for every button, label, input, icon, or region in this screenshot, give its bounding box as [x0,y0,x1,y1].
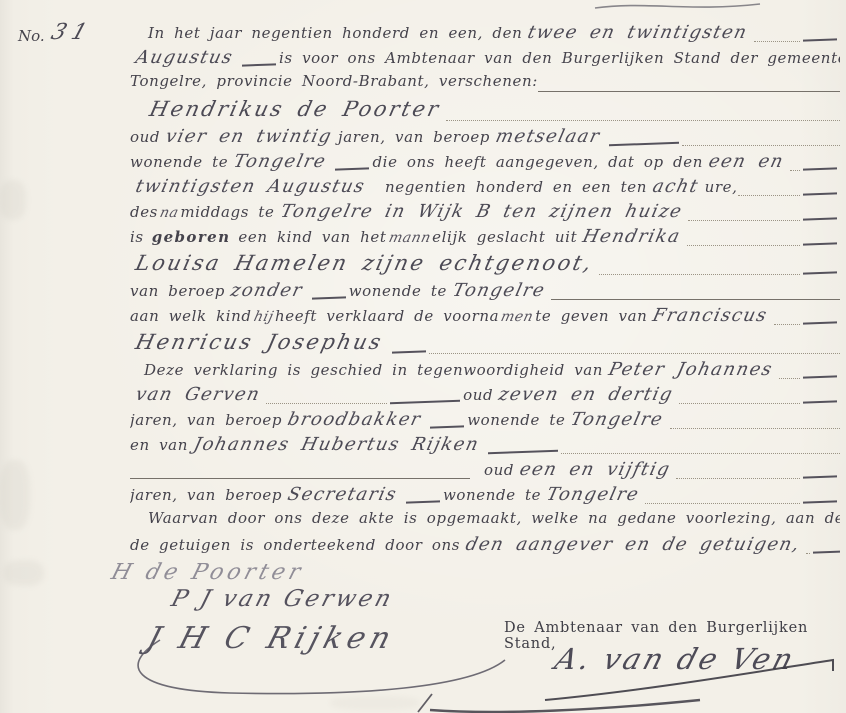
handwritten-witness2-age: een en vijftig [512,459,679,480]
handwritten-pronoun: hij [250,309,277,325]
printed-text: negentien honderd en een ten [385,178,647,196]
handwritten-mother-name: Louisa Hamelen zijne echtgenoot, [130,251,602,275]
printed-text: oud [484,461,514,479]
handwritten-witness1-age: zeven en dertig [491,384,682,405]
printed-text: middags te [180,203,274,221]
handwritten-witness1-residence: Tongelre [563,409,672,430]
handwritten-name-suffix: men [497,309,537,325]
handwritten-closing: den aangever en de getuigen, [458,534,809,555]
act-line: de getuigen is onderteekend door ons den… [130,534,840,559]
printed-text: jaren, van beroep [130,411,282,429]
handwritten-daypart: na [156,205,182,221]
printed-text: aan welk kind [130,307,252,325]
printed-text: In het jaar negentien honderd en een, de… [148,24,522,42]
act-line: van Gerven oud zeven en dertig [130,384,840,409]
printed-text: die ons heeft aangegeven, dat op den [372,153,703,171]
act-line: In het jaar negentien honderd en een, de… [130,22,840,47]
printed-text: jaren, van beroep [130,486,282,504]
printed-text: oud [463,386,493,404]
act-line: Henricus Josephus [130,330,840,359]
handwritten-gender: mann [385,230,434,246]
printed-text: wonende te [130,153,228,171]
handwritten-birth-day: een en [701,151,793,172]
printed-text: Deze verklaring is geschied in tegenwoor… [144,361,603,379]
printed-text: Waarvan door ons deze akte is opgemaakt,… [148,509,840,527]
signature-witness1: P J van Gerwen [168,586,397,612]
handwritten-witness2-residence: Tongelre [539,484,648,505]
act-line: des na middags te Tongelre in Wijk B ten… [130,201,840,226]
handwritten-mother-firstname: Hendrika [575,226,689,247]
act-line: twintigsten Augustus negentien honderd e… [130,176,840,201]
handwritten-witness2-name: Johannes Hubertus Rijken [186,434,488,455]
act-line: Louisa Hamelen zijne echtgenoot, [130,251,840,280]
act-line: van beroep zonder wonende te Tongelre [130,280,840,305]
certificate-number-label: No. [18,27,45,45]
printed-text: elijk geslacht uit [432,228,577,246]
printed-text: te geven van [535,307,647,325]
handwritten-witness1-firstname: Peter Johannes [601,359,781,380]
handwritten-child-firstname: Franciscus [645,305,776,326]
handwritten-occupation: metselaar [488,126,609,147]
printed-text: is voor ons Ambtenaar van den Burgerlijk… [279,49,840,67]
handwritten-mother-residence: Tongelre [445,280,554,301]
bleed-through-smudge [4,560,44,586]
act-line: Hendrikus de Poorter [130,97,840,126]
act-line: jaren, van beroep broodbakker wonende te… [130,409,840,434]
act-line: oud een en vijftig [130,459,840,484]
act-line: jaren, van beroep Secretaris wonende te … [130,484,840,509]
certificate-number-value: 31 [48,20,96,45]
handwritten-hour: acht [645,176,707,197]
handwritten-witness1-surname: van Gerven [130,384,269,405]
act-line: oud vier en twintig jaren, van beroep me… [130,126,840,151]
printed-text: wonende te [349,282,447,300]
act-line: aan welk kind hij heeft verklaard de voo… [130,305,840,330]
bleed-through-smudge [0,180,26,220]
printed-text: van beroep [130,282,225,300]
handwritten-witness1-occupation: broodbakker [280,409,430,430]
printed-text: wonende te [467,411,565,429]
printed-text: is [130,228,144,246]
handwritten-date-day: twee en twintigsten [520,22,756,43]
handwritten-child-names: Henricus Josephus [130,330,392,354]
act-line: Tongelre, provincie Noord-Brabant, versc… [130,72,840,97]
act-line: Deze verklaring is geschied in tegenwoor… [130,359,840,384]
act-text-column: In het jaar negentien honderd en een, de… [130,22,840,559]
signature-official: A. van de Ven [551,642,800,676]
printed-text: Tongelre, provincie Noord-Brabant, versc… [130,72,538,90]
printed-text: en van [130,436,188,454]
act-line: wonende te Tongelre die ons heeft aangeg… [130,151,840,176]
printed-text-bold: geboren [152,228,231,246]
act-line: is geboren een kind van het mann elijk g… [130,226,840,251]
printed-text: ure, [705,178,738,196]
bleed-through-smudge [0,460,30,530]
handwritten-month: Augustus [130,47,241,68]
handwritten-mother-occupation: zonder [223,280,312,301]
printed-text: oud [130,128,160,146]
handwritten-age: vier en twintig [158,126,341,147]
handwritten-declarant-name: Hendrikus de Poorter [141,97,449,121]
signature-witness2: J H C Rijken [143,621,400,656]
signature-declarant: H de Poorter [108,560,307,585]
printed-text: des [130,203,158,221]
handwritten-witness2-occupation: Secretaris [280,484,406,505]
act-line: Augustus is voor ons Ambtenaar van den B… [130,47,840,72]
printed-text: een kind van het [238,228,386,246]
act-line: Waarvan door ons deze akte is opgemaakt,… [130,509,840,534]
handwritten-birth-place: Tongelre in Wijk B ten zijnen huize [272,201,690,222]
printed-text: jaren, van beroep [338,128,490,146]
handwritten-birth-date: twintigsten Augustus [130,176,373,197]
handwritten-residence: Tongelre [226,151,335,172]
bleed-through-smudge [330,696,420,710]
act-line: en van Johannes Hubertus Rijken [130,434,840,459]
printed-text: wonende te [443,486,541,504]
printed-text: heeft verklaard de voorna [275,307,499,325]
printed-text: de getuigen is onderteekend door ons [130,536,460,554]
